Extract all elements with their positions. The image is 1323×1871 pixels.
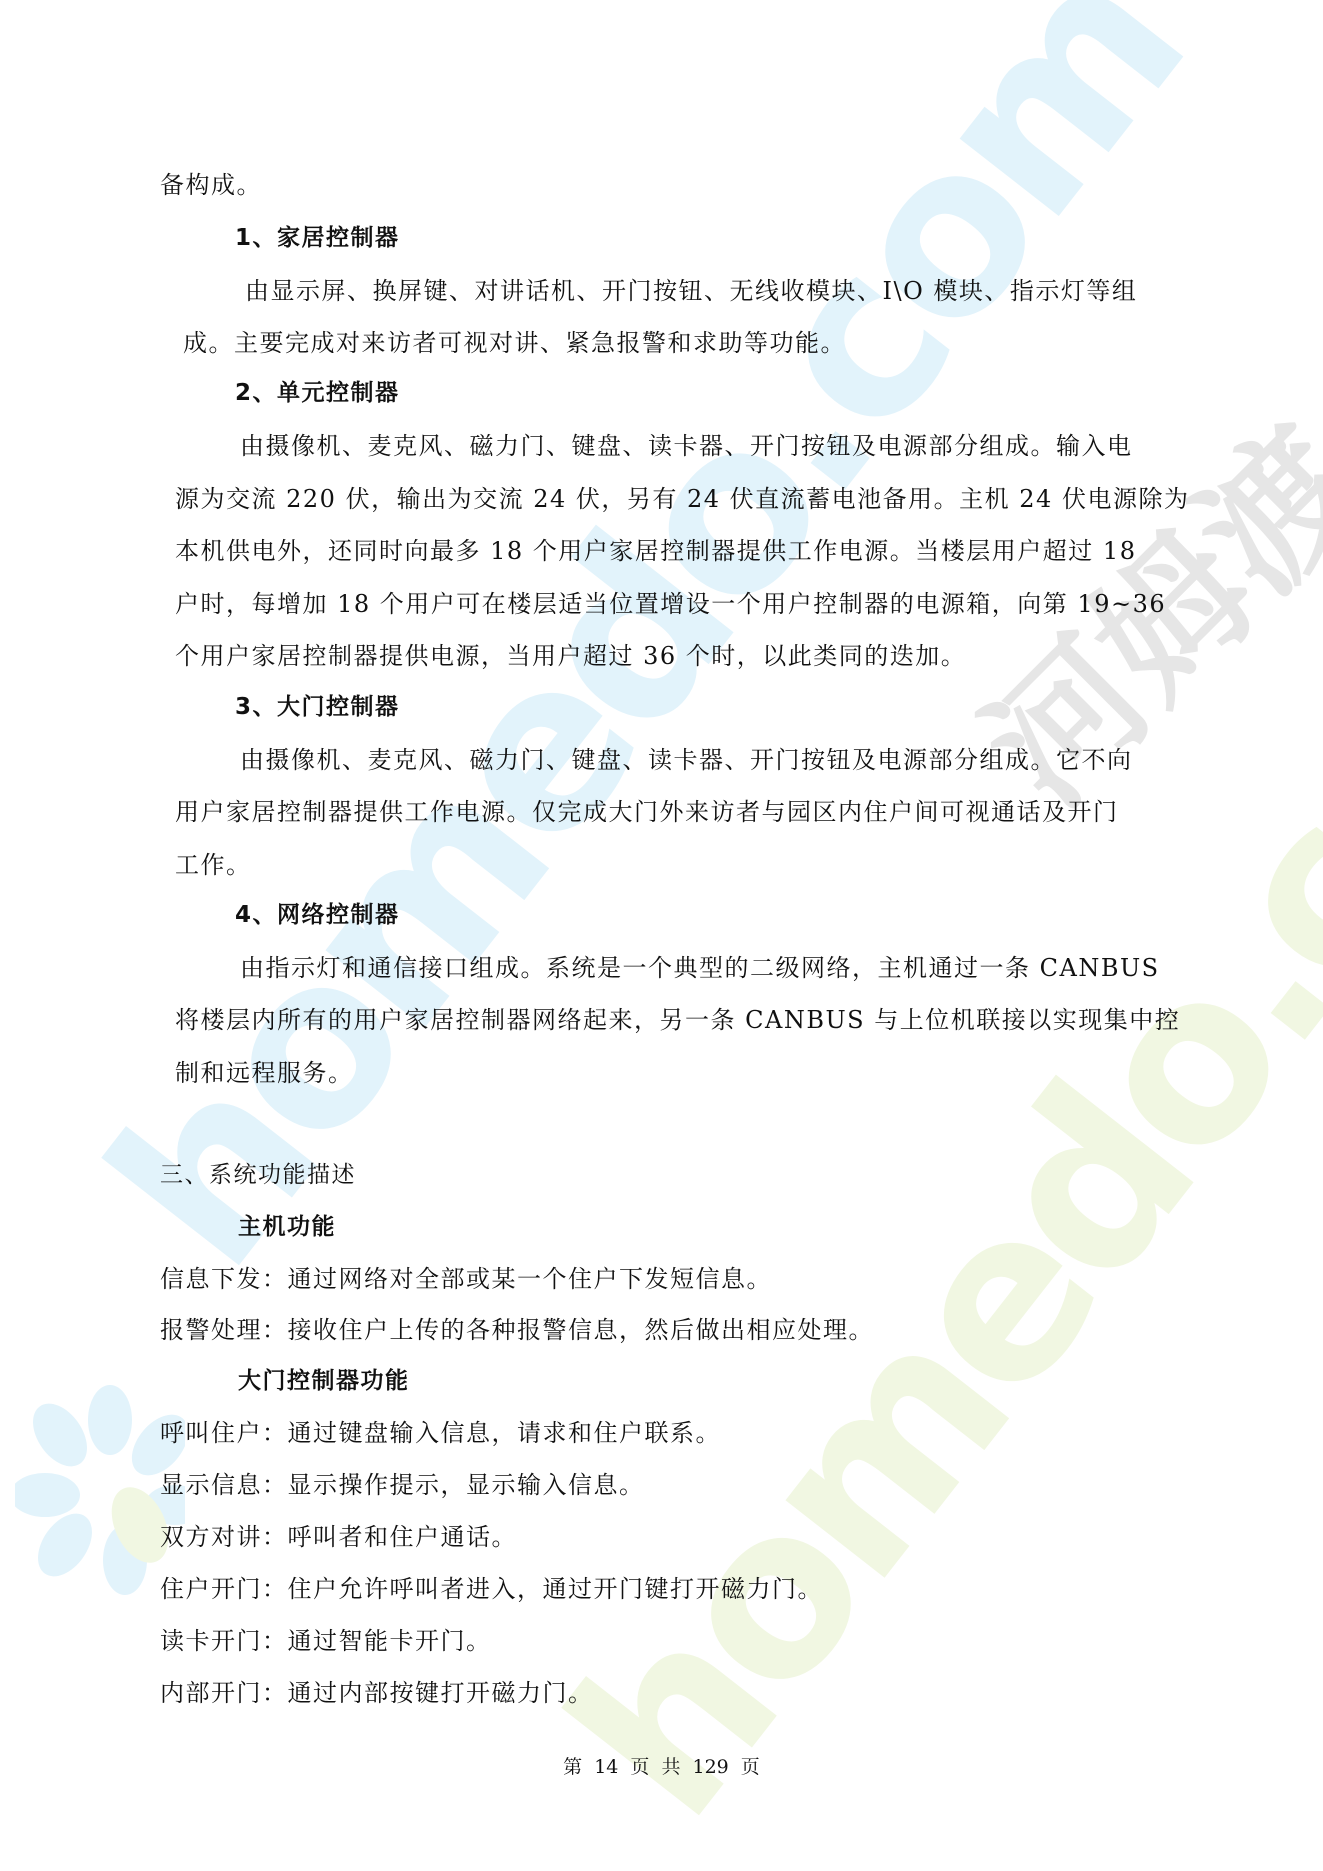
list-item: 住户开门：住户允许呼叫者进入，通过开门键打开磁力门。 — [160, 1574, 823, 1604]
heading-network-controller: 4、网络控制器 — [235, 900, 400, 930]
paragraph-line: 由指示灯和通信接口组成。系统是一个典型的二级网络，主机通过一条 CANBUS — [240, 953, 1160, 983]
watermark-homedo-green: homedo.com — [520, 470, 1323, 1865]
list-item: 呼叫住户：通过键盘输入信息，请求和住户联系。 — [160, 1418, 721, 1448]
paragraph-line: 由摄像机、麦克风、磁力门、键盘、读卡器、开门按钮及电源部分组成。它不向 — [240, 745, 1133, 775]
list-item: 读卡开门：通过智能卡开门。 — [160, 1626, 492, 1656]
heading-system-function: 三、系统功能描述 — [160, 1160, 356, 1190]
list-item: 双方对讲：呼叫者和住户通话。 — [160, 1522, 517, 1552]
paragraph-line: 用户家居控制器提供工作电源。仅完成大门外来访者与园区内住户间可视通话及开门 — [175, 797, 1119, 827]
page-number: 第 14 页 共 129 页 — [0, 1752, 1323, 1779]
heading-gate-function: 大门控制器功能 — [238, 1366, 410, 1396]
paragraph-line: 源为交流 220 伏，输出为交流 24 伏，另有 24 伏直流蓄电池备用。主机 … — [175, 484, 1189, 514]
heading-host-function: 主机功能 — [238, 1212, 336, 1242]
list-item: 报警处理：接收住户上传的各种报警信息，然后做出相应处理。 — [160, 1315, 874, 1345]
paragraph-line: 成。主要完成对来访者可视对讲、紧急报警和求助等功能。 — [183, 328, 846, 358]
paragraph-line: 工作。 — [175, 850, 252, 880]
paragraph-line: 户时，每增加 18 个用户可在楼层适当位置增设一个用户控制器的电源箱，向第 19… — [175, 589, 1166, 619]
paragraph-line: 将楼层内所有的用户家居控制器网络起来，另一条 CANBUS 与上位机联接以实现集… — [175, 1005, 1180, 1035]
heading-unit-controller: 2、单元控制器 — [235, 378, 400, 408]
paragraph-line: 由摄像机、麦克风、磁力门、键盘、读卡器、开门按钮及电源部分组成。输入电 — [240, 431, 1133, 461]
paragraph-line: 由显示屏、换屏键、对讲话机、开门按钮、无线收模块、I\O 模块、指示灯等组 — [245, 276, 1137, 306]
watermark-flower-icon — [15, 1375, 165, 1575]
paragraph-line: 个用户家居控制器提供电源，当用户超过 36 个时，以此类同的迭加。 — [175, 641, 966, 671]
paragraph-line: 制和远程服务。 — [175, 1058, 354, 1088]
list-item: 显示信息：显示操作提示，显示输入信息。 — [160, 1470, 645, 1500]
paragraph-intro-tail: 备构成。 — [160, 170, 262, 200]
paragraph-line: 本机供电外，还同时向最多 18 个用户家居控制器提供工作电源。当楼层用户超过 1… — [175, 536, 1136, 566]
list-item: 信息下发：通过网络对全部或某一个住户下发短信息。 — [160, 1264, 772, 1294]
heading-gate-controller: 3、大门控制器 — [235, 692, 400, 722]
heading-home-controller: 1、家居控制器 — [235, 223, 400, 253]
list-item: 内部开门：通过内部按键打开磁力门。 — [160, 1678, 594, 1708]
